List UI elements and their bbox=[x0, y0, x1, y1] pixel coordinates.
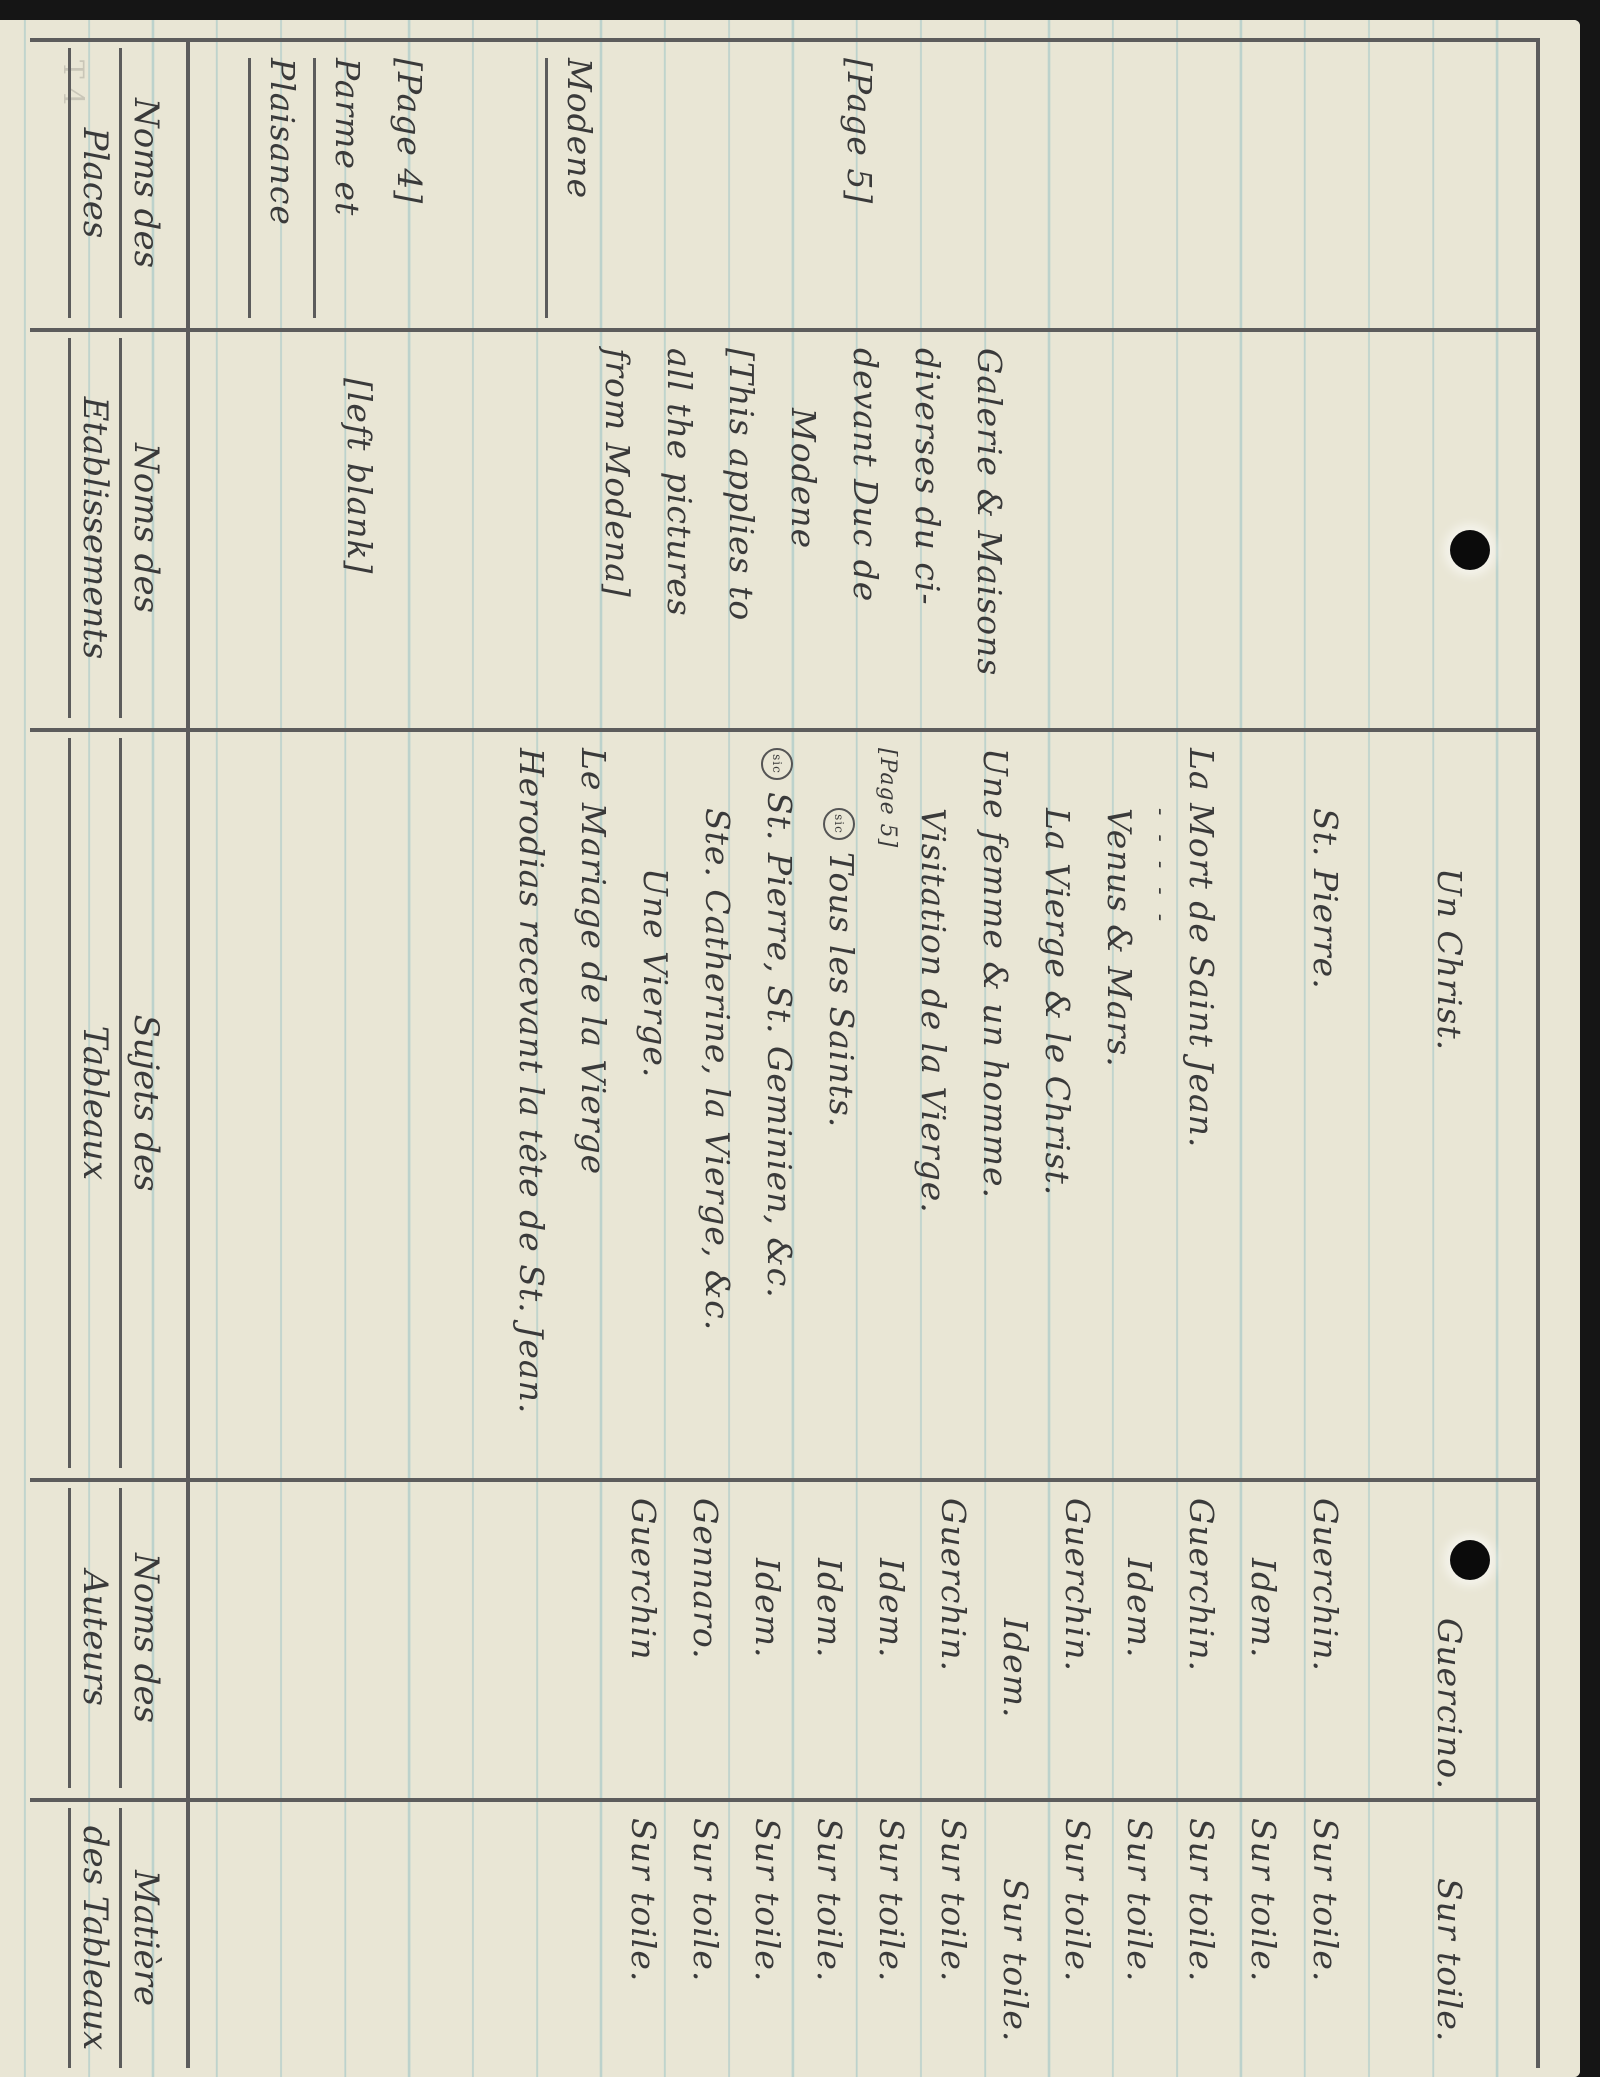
subject-row: Visitation de la Vierge. bbox=[902, 748, 964, 1478]
establishment-parme: [left blank] bbox=[328, 378, 390, 718]
page-5-marker-cell: [Page 5] bbox=[828, 58, 890, 318]
sic-annotation: sic bbox=[761, 748, 793, 780]
column-border bbox=[30, 328, 1540, 332]
place-parme: Parme et bbox=[313, 58, 378, 318]
column-border bbox=[30, 1798, 1540, 1802]
material-row: Sur toile. bbox=[860, 1818, 922, 2068]
header-subjects: Sujets des Tableaux bbox=[68, 738, 170, 1468]
subject-row: Le Mariage de la Vierge bbox=[562, 748, 624, 1478]
header-material: Matière des Tableaux bbox=[68, 1808, 170, 2068]
material-row: Sur toile. bbox=[736, 1818, 798, 2068]
subject-row: Herodias recevant la tête de St. Jean. bbox=[500, 748, 562, 1478]
author-row: Guerchin. bbox=[1170, 1498, 1232, 1798]
material-row: Sur toile. bbox=[1418, 1818, 1480, 2068]
subject-row: Ste. Catherine, la Vierge, &c. bbox=[686, 748, 748, 1478]
establishment-modene: Galerie & Maisons diverses du ci- devant… bbox=[586, 348, 1020, 718]
subject-row: Un Christ. bbox=[1418, 748, 1480, 1478]
rotated-page: T 4 Noms des Places [Page 4] Parme et Pl… bbox=[0, 20, 1580, 2077]
column-border bbox=[30, 728, 1540, 732]
subject-row: sicTous les Saints. bbox=[810, 748, 872, 1478]
ledger-table: Noms des Places [Page 4] Parme et Plaisa… bbox=[40, 38, 1540, 2068]
page-4-marker: [Page 4] bbox=[378, 58, 440, 318]
place-modene-cell: Modene bbox=[545, 58, 610, 318]
material-row: Sur toile. bbox=[798, 1818, 860, 2068]
place-plaisance: Plaisance bbox=[248, 58, 313, 318]
header-establishments: Noms des Etablissements bbox=[68, 338, 170, 718]
subject-row: Une Vierge. bbox=[624, 748, 686, 1478]
punch-hole-icon bbox=[1450, 530, 1490, 570]
subject-row: La Mort de Saint Jean. bbox=[1170, 748, 1232, 1478]
header-places: Noms des Places bbox=[68, 48, 170, 318]
subjects-list: Un Christ. St. Pierre. La Mort de Saint … bbox=[500, 748, 1480, 1478]
ditto-mark: - - - - - bbox=[1150, 748, 1170, 1478]
authors-list: Guercino. Guerchin. Idem. Guerchin. Idem… bbox=[612, 1498, 1480, 1798]
author-row: Idem. bbox=[736, 1498, 798, 1798]
place-modene: Modene bbox=[545, 58, 610, 318]
ledger-sheet: T 4 Noms des Places [Page 4] Parme et Pl… bbox=[0, 20, 1580, 2077]
subject-row: St. Pierre. bbox=[1294, 748, 1356, 1478]
material-row: Sur toile. bbox=[922, 1818, 984, 2068]
author-row: Idem. bbox=[798, 1498, 860, 1798]
subject-row: Venus & Mars. bbox=[1088, 748, 1150, 1478]
header-authors: Noms des Auteurs bbox=[68, 1488, 170, 1788]
author-row: Idem. bbox=[860, 1498, 922, 1798]
material-row: Sur toile. bbox=[674, 1818, 736, 2068]
author-row: Idem. bbox=[1232, 1498, 1294, 1798]
material-row: Sur toile. bbox=[1108, 1818, 1170, 2068]
column-border bbox=[30, 38, 1540, 42]
punch-hole-icon bbox=[1450, 1540, 1490, 1580]
page-5-inline-marker: [Page 5] bbox=[872, 748, 902, 1478]
author-row: Idem. bbox=[1108, 1498, 1170, 1798]
subject-row: La Vierge & le Christ. bbox=[1026, 748, 1088, 1478]
material-row: Sur toile. bbox=[612, 1818, 674, 2068]
page-5-marker: [Page 5] bbox=[828, 58, 890, 318]
author-row: Guerchin bbox=[612, 1498, 674, 1798]
column-border bbox=[30, 1478, 1540, 1482]
sic-annotation: sic bbox=[823, 808, 855, 840]
author-row: Gennaro. bbox=[674, 1498, 736, 1798]
column-header-border bbox=[186, 38, 190, 2068]
material-row: Sur toile. bbox=[1294, 1818, 1356, 2068]
material-row: Sur toile. bbox=[1170, 1818, 1232, 2068]
author-row: Idem. bbox=[984, 1498, 1046, 1798]
subject-row: Une femme & un homme. bbox=[964, 748, 1026, 1478]
materials-list: Sur toile. Sur toile. Sur toile. Sur toi… bbox=[612, 1818, 1480, 2068]
author-row: Guerchin. bbox=[1294, 1498, 1356, 1798]
table-top-border bbox=[1536, 38, 1540, 2068]
material-row: Sur toile. bbox=[984, 1818, 1046, 2068]
places-cell: [Page 4] Parme et Plaisance bbox=[248, 58, 440, 318]
author-row: Guerchin. bbox=[922, 1498, 984, 1798]
material-row: Sur toile. bbox=[1232, 1818, 1294, 2068]
author-row: Guerchin. bbox=[1046, 1498, 1108, 1798]
material-row: Sur toile. bbox=[1046, 1818, 1108, 2068]
subject-row: sicSt. Pierre, St. Geminien, &c. bbox=[748, 748, 810, 1478]
